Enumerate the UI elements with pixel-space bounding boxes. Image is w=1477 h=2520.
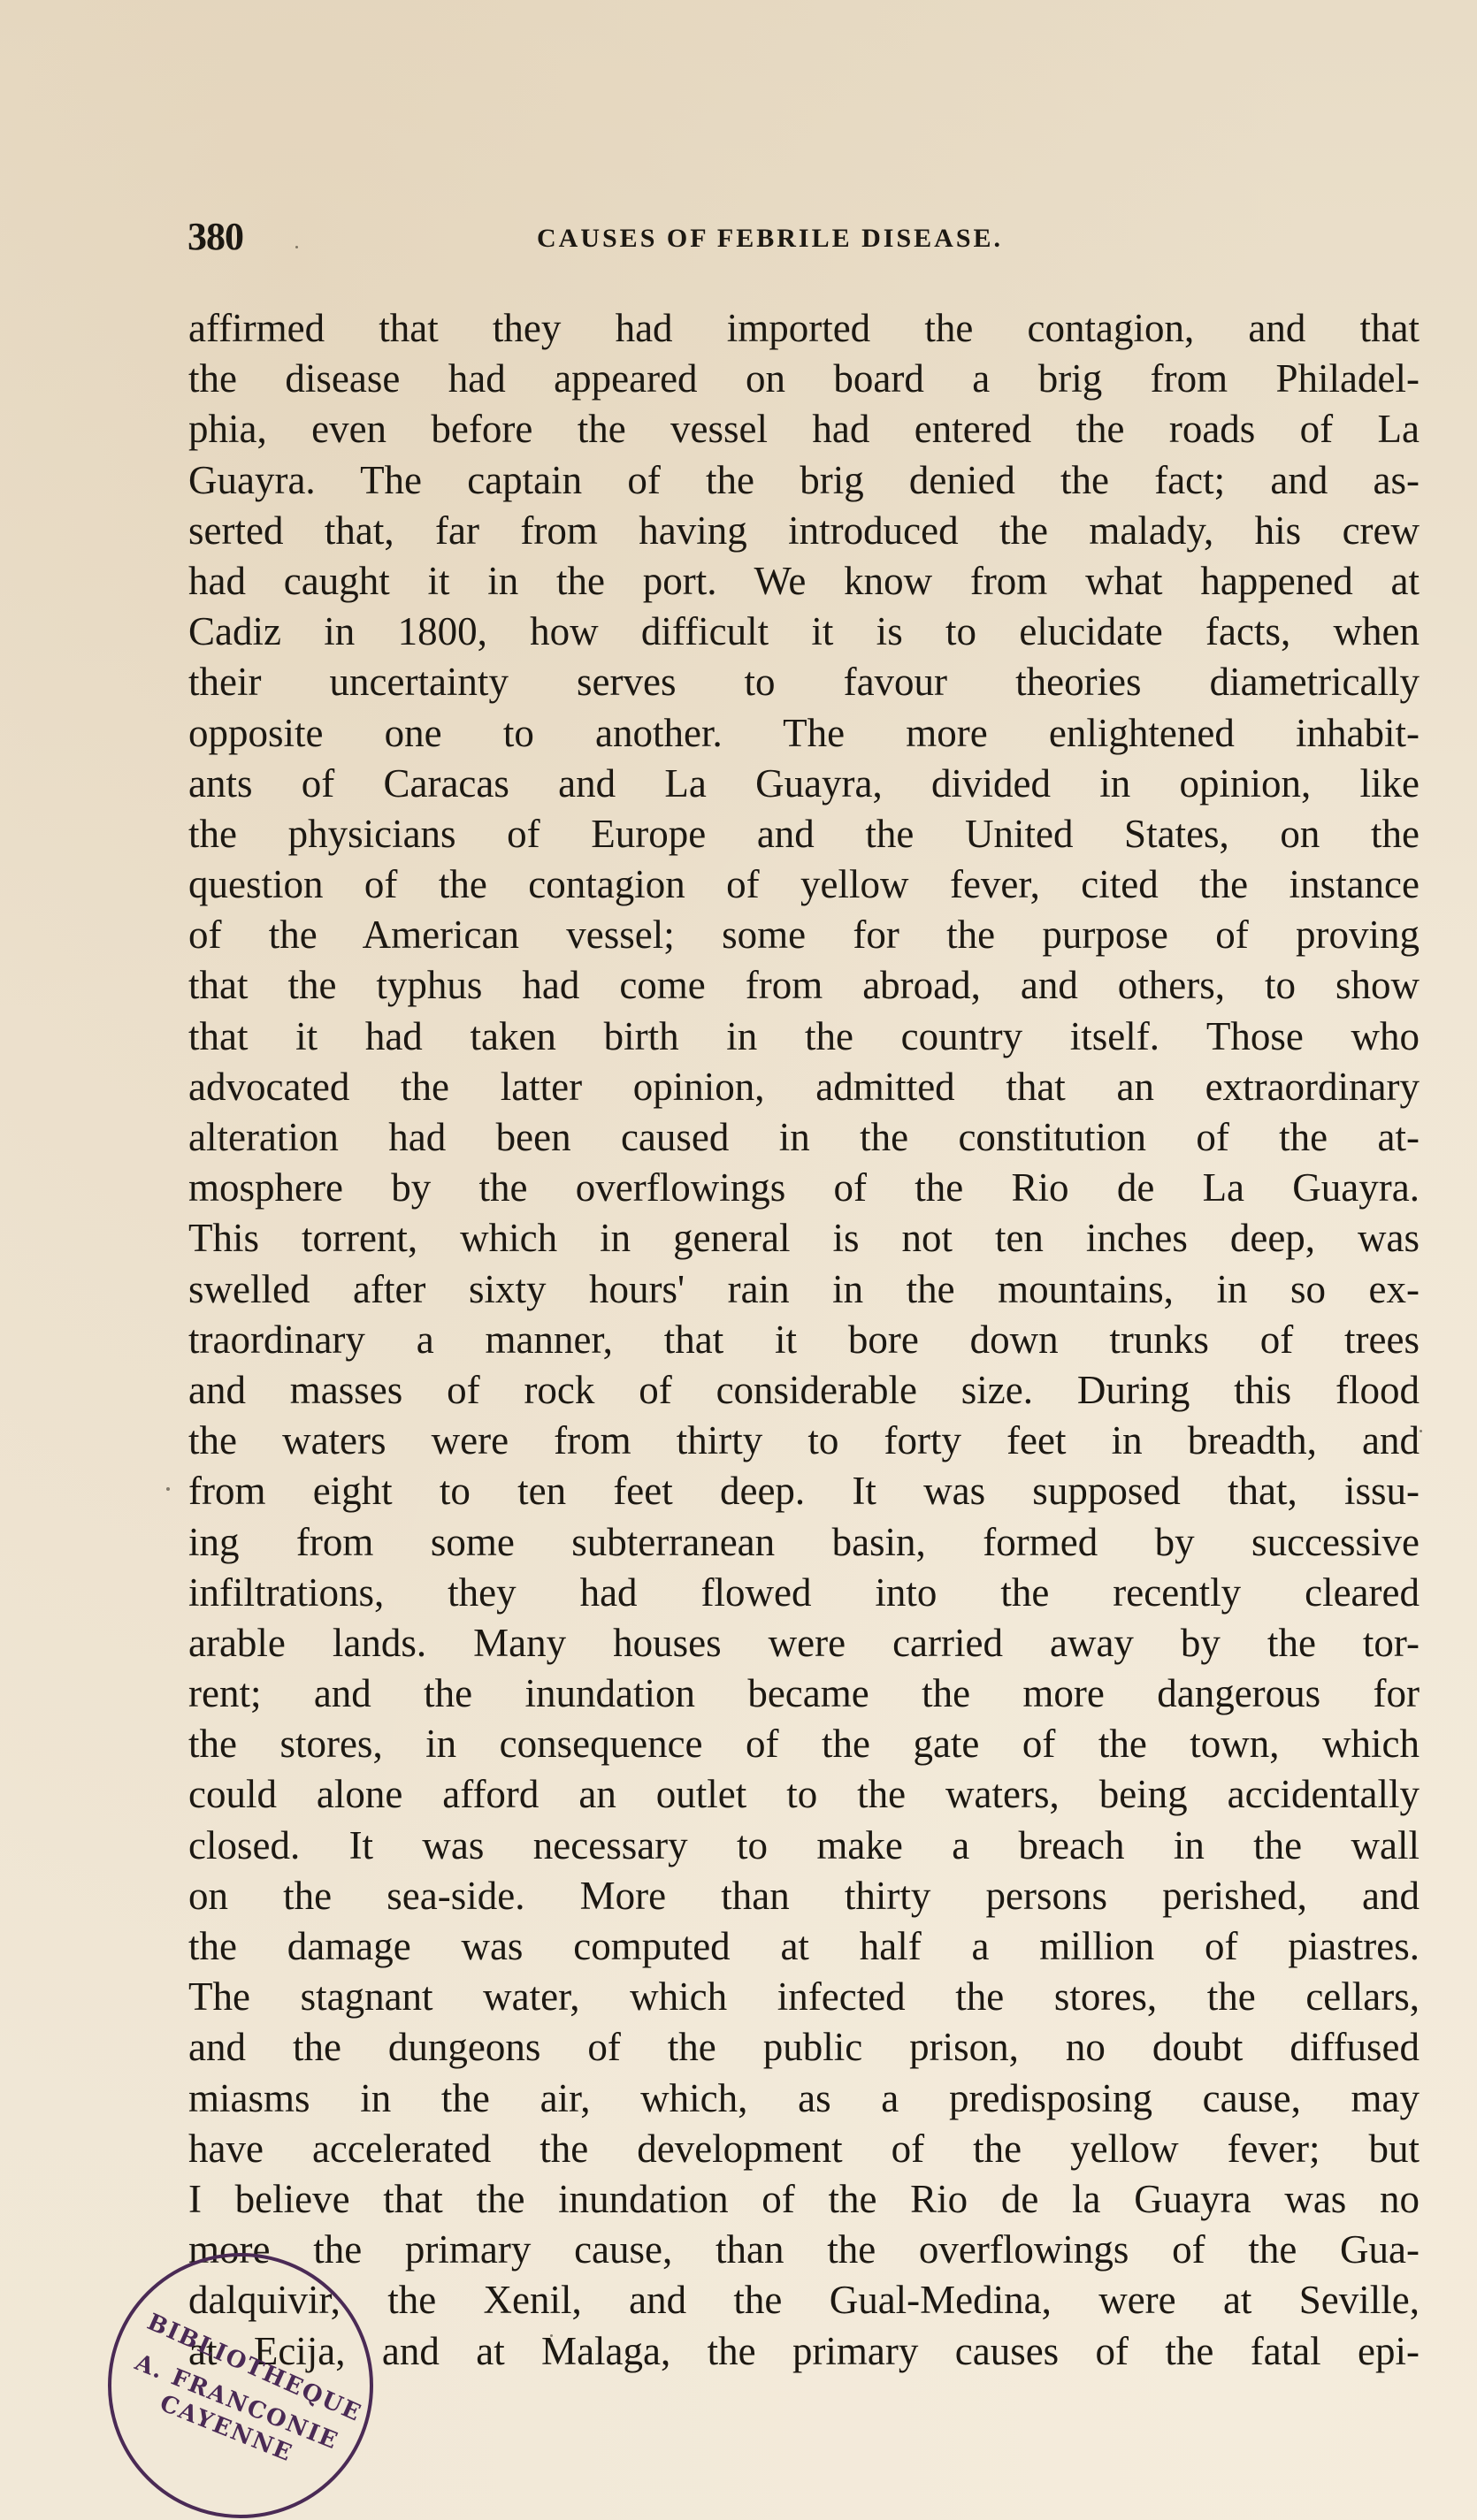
- paper-speck: [1420, 1430, 1422, 1432]
- text-line: on the sea-side. More than thirty person…: [188, 1871, 1420, 1921]
- text-line: rent; and the inundation became the more…: [188, 1669, 1420, 1719]
- text-line: serted that, far from having introduced …: [188, 506, 1420, 556]
- text-line: The stagnant water, which infected the s…: [188, 1972, 1420, 2022]
- text-line: I believe that the inundation of the Rio…: [188, 2174, 1420, 2225]
- text-line: infiltrations, they had flowed into the …: [188, 1568, 1420, 1618]
- text-line: of the American vessel; some for the pur…: [188, 910, 1420, 960]
- text-line: more the primary cause, than the overflo…: [188, 2225, 1420, 2275]
- text-line: advocated the latter opinion, admitted t…: [188, 1062, 1420, 1112]
- text-line: the physicians of Europe and the United …: [188, 809, 1420, 859]
- running-head: 380 CAUSES OF FEBRILE DISEASE.: [187, 210, 1417, 263]
- text-line: had caught it in the port. We know from …: [188, 556, 1420, 607]
- text-line: arable lands. Many houses were carried a…: [188, 1618, 1420, 1669]
- text-line: and masses of rock of considerable size.…: [188, 1365, 1420, 1416]
- text-line: traordinary a manner, that it bore down …: [188, 1315, 1420, 1365]
- text-line: dalquivir, the Xenil, and the Gual-Medin…: [188, 2275, 1420, 2325]
- text-line: and the dungeons of the public prison, n…: [188, 2022, 1420, 2073]
- book-page: 380 CAUSES OF FEBRILE DISEASE. affirmed …: [0, 0, 1477, 2520]
- body-text: affirmed that they had imported the cont…: [188, 303, 1420, 2377]
- text-line: the damage was computed at half a millio…: [188, 1921, 1420, 1972]
- text-line: closed. It was necessary to make a breac…: [188, 1821, 1420, 1871]
- text-line: This torrent, which in general is not te…: [188, 1213, 1420, 1264]
- paper-speck: [295, 246, 298, 248]
- running-title: CAUSES OF FEBRILE DISEASE.: [537, 210, 1003, 267]
- text-line: swelled after sixty hours' rain in the m…: [188, 1264, 1420, 1315]
- text-line: their uncertainty serves to favour theor…: [188, 657, 1420, 707]
- text-line: could alone afford an outlet to the wate…: [188, 1769, 1420, 1820]
- text-line: have accelerated the development of the …: [188, 2124, 1420, 2174]
- text-line: that the typhus had come from abroad, an…: [188, 960, 1420, 1011]
- text-line: affirmed that they had imported the cont…: [188, 303, 1420, 354]
- text-line: mosphere by the overflowings of the Rio …: [188, 1163, 1420, 1213]
- text-line: alteration had been caused in the consti…: [188, 1112, 1420, 1163]
- text-line: the waters were from thirty to forty fee…: [188, 1416, 1420, 1466]
- library-stamp: BIBLIOTHEQUE A. FRANCONIE CAYENNE: [108, 2253, 373, 2518]
- paper-speck: [550, 2334, 553, 2337]
- text-line: the disease had appeared on board a brig…: [188, 354, 1420, 404]
- text-line: the stores, in consequence of the gate o…: [188, 1719, 1420, 1769]
- text-line: at Ecija, and at Malaga, the primary cau…: [188, 2326, 1420, 2377]
- text-line: that it had taken birth in the country i…: [188, 1012, 1420, 1062]
- text-line: ing from some subterranean basin, formed…: [188, 1517, 1420, 1568]
- text-line: Cadiz in 1800, how difficult it is to el…: [188, 607, 1420, 657]
- text-line: miasms in the air, which, as a predispos…: [188, 2073, 1420, 2124]
- text-line: question of the contagion of yellow feve…: [188, 859, 1420, 910]
- text-line: from eight to ten feet deep. It was supp…: [188, 1466, 1420, 1516]
- text-line: Guayra. The captain of the brig denied t…: [188, 455, 1420, 506]
- text-line: opposite one to another. The more enligh…: [188, 708, 1420, 759]
- text-line: phia, even before the vessel had entered…: [188, 404, 1420, 454]
- text-line: ants of Caracas and La Guayra, divided i…: [188, 759, 1420, 809]
- page-number: 380: [187, 210, 243, 263]
- paper-speck: [166, 1487, 170, 1491]
